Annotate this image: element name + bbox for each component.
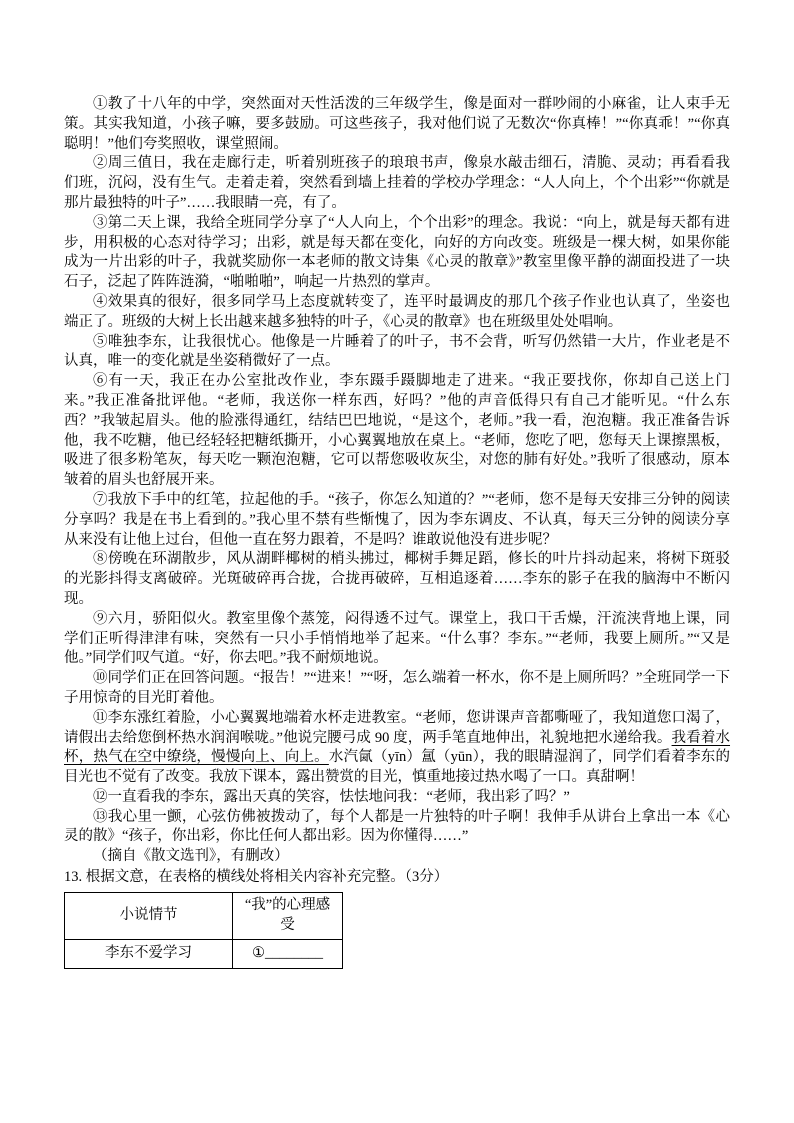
- paragraph: ⑤唯独李东，让我很忧心。他像是一片睡着了的叶子，书不会背，听写仍然错一大片，作业…: [64, 333, 730, 373]
- paragraph: ⑥有一天，我正在办公室批改作业，李东蹑手蹑脚地走了进来。“我正要找你，你却自己送…: [64, 372, 730, 491]
- paragraph: ①教了十八年的中学，突然面对天性活泼的三年级学生，像是面对一群吵闹的小麻雀，让人…: [64, 95, 730, 154]
- paragraph: ⑩同学们正在回答问题。“报告！”“进来！”“呀，怎么端着一杯水，你不是上厕所吗？…: [64, 669, 730, 709]
- paragraph: ⑨六月，骄阳似火。教室里像个蒸笼，闷得透不过气。课堂上，我口干舌燥，汗流浃背地上…: [64, 610, 730, 669]
- paragraph: ⑧傍晚在环湖散步，风从湖畔椰树的梢头拂过，椰树手舞足蹈，修长的叶片抖动起来，将树…: [64, 550, 730, 609]
- table-row: 李东不爱学习 ①________: [65, 939, 343, 968]
- table-header-feeling: “我”的心理感受: [233, 892, 343, 939]
- paragraph: ③第二天上课，我给全班同学分享了“人人向上，个个出彩”的理念。我说：“向上，就是…: [64, 214, 730, 293]
- cell-feeling-blank: ①________: [233, 939, 343, 968]
- answer-table: 小说情节 “我”的心理感受 李东不爱学习 ①________: [64, 892, 343, 969]
- question-13: 13. 根据文意，在表格的横线处将相关内容补充完整。（3分）: [64, 868, 730, 888]
- exam-document-page: ①教了十八年的中学，突然面对天性活泼的三年级学生，像是面对一群吵闹的小麻雀，让人…: [0, 0, 794, 1123]
- table-header-row: 小说情节 “我”的心理感受: [65, 892, 343, 939]
- source-attribution: （摘自《散文选刊》，有删改）: [64, 847, 730, 867]
- paragraph: ⑦我放下手中的红笔，拉起他的手。“孩子，你怎么知道的？”“老师，您不是每天安排三…: [64, 491, 730, 550]
- paragraph-text: ⑪李东涨红着脸，小心翼翼地端着水杯走进教室。“老师，您讲课声音都嘶哑了，我知道您…: [64, 710, 730, 746]
- paragraph: ⑬我心里一颤，心弦仿佛被拨动了，每个人都是一片独特的叶子啊！我伸手从讲台上拿出一…: [64, 808, 730, 848]
- paragraph: ④效果真的很好，很多同学马上态度就转变了，连平时最调皮的那几个孩子作业也认真了，…: [64, 293, 730, 333]
- paragraph: ②周三值日，我在走廊行走，听着别班孩子的琅琅书声，像泉水敲击细石，清脆、灵动；再…: [64, 154, 730, 213]
- reading-passage: ①教了十八年的中学，突然面对天性活泼的三年级学生，像是面对一群吵闹的小麻雀，让人…: [64, 95, 730, 867]
- cell-plot: 李东不爱学习: [65, 939, 233, 968]
- table-header-plot: 小说情节: [65, 892, 233, 939]
- paragraph: ⑪李东涨红着脸，小心翼翼地端着水杯走进教室。“老师，您讲课声音都嘶哑了，我知道您…: [64, 709, 730, 788]
- paragraph: ⑫一直看我的李东，露出天真的笑容，怯怯地问我：“老师，我出彩了吗？”: [64, 788, 730, 808]
